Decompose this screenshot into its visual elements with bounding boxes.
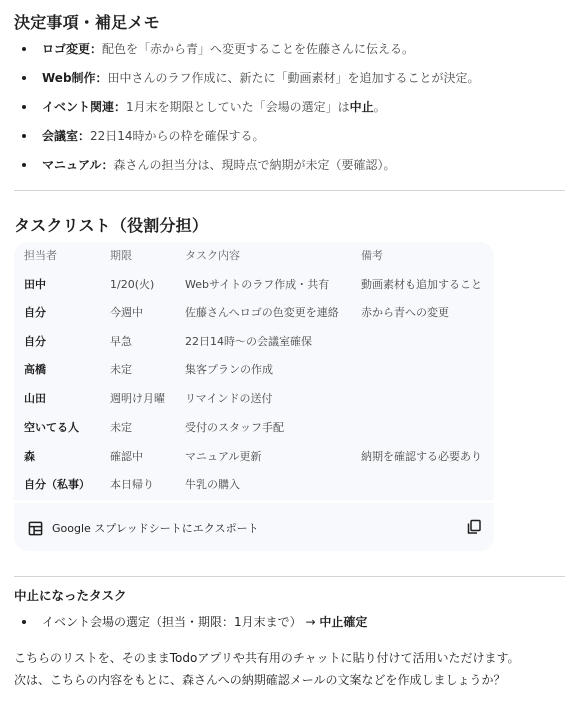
cell-deadline: 早急 <box>110 328 132 356</box>
cell-task: リマインドの送付 <box>185 385 273 413</box>
column-header-notes: 備考 <box>361 242 383 270</box>
export-label: Google スプレッドシートにエクスポート <box>52 520 259 536</box>
cell-assignee: 自分（私事） <box>24 471 90 499</box>
decision-item-room: 会議室：22日14時からの枠を確保する。 <box>14 129 265 143</box>
cell-assignee: 森 <box>24 443 35 471</box>
bullet-icon <box>22 76 26 80</box>
cell-task: マニュアル更新 <box>185 443 262 471</box>
table-row: 森 確認中 マニュアル更新 納期を確認する必要あり <box>14 443 494 471</box>
cell-task: 集客プランの作成 <box>185 356 273 384</box>
cell-deadline: 今週中 <box>110 299 143 327</box>
section-divider <box>14 190 565 191</box>
decision-text: 田中さんのラフ作成に、新たに「動画素材」を追加することが決定。 <box>108 71 480 85</box>
table-row: 自分 今週中 佐藤さんへロゴの色変更を連絡 赤から青への変更 <box>14 299 494 327</box>
table-row: 自分 早急 22日14時～の会議室確保 <box>14 328 494 356</box>
bullet-icon <box>22 620 26 624</box>
decision-label: Web制作： <box>42 71 108 85</box>
cell-assignee: 山田 <box>24 385 46 413</box>
cancelled-status: 中止確定 <box>319 615 367 629</box>
cancelled-heading: 中止になったタスク <box>14 586 127 604</box>
cell-task: Webサイトのラフ作成・共有 <box>185 271 329 299</box>
decision-suffix: 。 <box>374 100 386 114</box>
copy-icon[interactable] <box>466 519 482 535</box>
cell-deadline: 1/20(火) <box>110 271 154 299</box>
cell-notes: 納期を確認する必要あり <box>361 443 482 471</box>
cell-task: 牛乳の購入 <box>185 471 240 499</box>
decision-emphasis: 中止 <box>350 100 374 114</box>
cell-task: 22日14時～の会議室確保 <box>185 328 312 356</box>
cell-task: 佐藤さんへロゴの色変更を連絡 <box>185 299 339 327</box>
decision-text: 配色を「赤から青」へ変更することを佐藤さんに伝える。 <box>102 42 414 56</box>
export-to-sheets-button[interactable]: Google スプレッドシートにエクスポート <box>28 519 259 537</box>
decision-label: イベント関連： <box>42 100 126 114</box>
bullet-icon <box>22 163 26 167</box>
cell-notes: 赤から青への変更 <box>361 299 449 327</box>
decision-item-logo: ロゴ変更：配色を「赤から青」へ変更することを佐藤さんに伝える。 <box>14 42 414 56</box>
table-header-row: 担当者 期限 タスク内容 備考 <box>14 242 494 270</box>
section-divider <box>14 576 565 577</box>
closing-paragraph: こちらのリストを、そのままTodoアプリや共有用のチャットに貼り付けて活用いただ… <box>14 647 520 691</box>
bullet-icon <box>22 105 26 109</box>
decision-label: ロゴ変更： <box>42 42 102 56</box>
cell-assignee: 田中 <box>24 271 46 299</box>
task-table: 担当者 期限 タスク内容 備考 田中 1/20(火) Webサイトのラフ作成・共… <box>14 242 494 500</box>
decision-text: 22日14時からの枠を確保する。 <box>90 129 265 143</box>
table-grid-icon <box>28 521 43 536</box>
cell-deadline: 週明け月曜 <box>110 385 165 413</box>
cancelled-text: イベント会場の選定（担当・期限：1月末まで） → <box>42 615 319 629</box>
decision-item-manual: マニュアル：森さんの担当分は、現時点で納期が未定（要確認）。 <box>14 158 396 172</box>
column-header-deadline: 期限 <box>110 242 132 270</box>
column-header-task: タスク内容 <box>185 242 240 270</box>
decision-item-web: Web制作：田中さんのラフ作成に、新たに「動画素材」を追加することが決定。 <box>14 71 480 85</box>
cell-assignee: 自分 <box>24 328 46 356</box>
decision-label: マニュアル： <box>42 158 114 172</box>
decisions-heading: 決定事項・補足メモ <box>14 10 160 33</box>
decision-text: 森さんの担当分は、現時点で納期が未定（要確認）。 <box>114 158 396 172</box>
cell-deadline: 確認中 <box>110 443 143 471</box>
bullet-icon <box>22 134 26 138</box>
cell-task: 受付のスタッフ手配 <box>185 414 284 442</box>
cancelled-item: イベント会場の選定（担当・期限：1月末まで） → 中止確定 <box>14 615 367 629</box>
decision-item-event: イベント関連：1月末を期限としていた「会場の選定」は中止。 <box>14 100 386 114</box>
cell-assignee: 自分 <box>24 299 46 327</box>
closing-line-2: 次は、こちらの内容をもとに、森さんへの納期確認メールの文案などを作成しましょうか… <box>14 669 520 691</box>
table-row: 高橋 未定 集客プランの作成 <box>14 356 494 384</box>
table-row: 山田 週明け月曜 リマインドの送付 <box>14 385 494 413</box>
cell-assignee: 高橋 <box>24 356 46 384</box>
bullet-icon <box>22 47 26 51</box>
column-header-assignee: 担当者 <box>24 242 57 270</box>
decision-text: 1月末を期限としていた「会場の選定」は <box>126 100 350 114</box>
cell-deadline: 未定 <box>110 356 132 384</box>
table-row: 空いてる人 未定 受付のスタッフ手配 <box>14 414 494 442</box>
cell-notes: 動画素材も追加すること <box>361 271 482 299</box>
decision-label: 会議室： <box>42 129 90 143</box>
tasklist-heading: タスクリスト（役割分担） <box>14 213 208 236</box>
cell-deadline: 未定 <box>110 414 132 442</box>
table-row: 田中 1/20(火) Webサイトのラフ作成・共有 動画素材も追加すること <box>14 271 494 299</box>
table-export-bar: Google スプレッドシートにエクスポート <box>14 503 494 551</box>
cell-deadline: 本日帰り <box>110 471 154 499</box>
cell-assignee: 空いてる人 <box>24 414 79 442</box>
table-row: 自分（私事） 本日帰り 牛乳の購入 <box>14 471 494 499</box>
closing-line-1: こちらのリストを、そのままTodoアプリや共有用のチャットに貼り付けて活用いただ… <box>14 647 520 669</box>
